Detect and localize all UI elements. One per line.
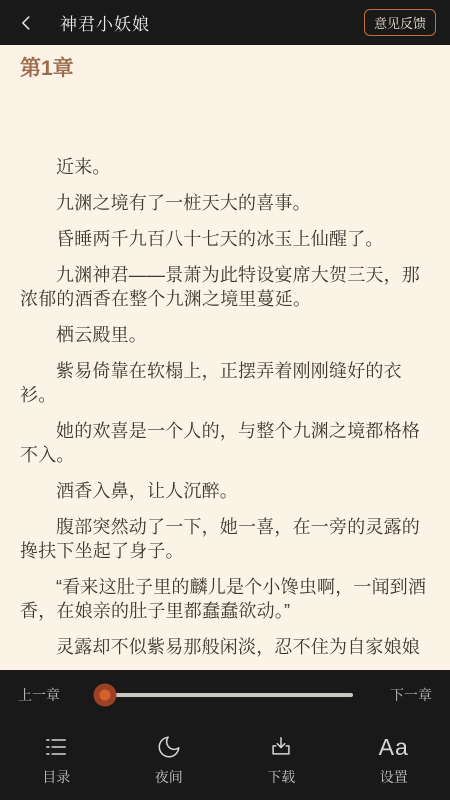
bottom-bar: 上一章 下一章 目录 夜间: [0, 670, 450, 800]
paragraph: 九渊之境有了一桩天大的喜事。: [20, 191, 430, 215]
progress-slider-handle-dot: [100, 690, 111, 701]
toolbar-item-label: 设置: [380, 767, 408, 787]
progress-slider[interactable]: [100, 683, 353, 707]
paragraph: 栖云殿里。: [20, 323, 430, 347]
paragraph: 昏睡两千九百八十七天的冰玉上仙醒了。: [20, 227, 430, 251]
feedback-button[interactable]: 意见反馈: [364, 9, 436, 36]
font-settings-icon: Aa: [379, 734, 409, 760]
download-icon: [268, 734, 294, 760]
paragraph: 九渊神君——景萧为此特设宴席大贺三天，那浓郁的酒香在整个九渊之境里蔓延。: [20, 263, 430, 311]
toolbar-item-catalog[interactable]: 目录: [0, 734, 113, 800]
reader-toolbar: 目录 夜间 下载 Aa 设置: [0, 720, 450, 800]
paragraph: 她的欢喜是一个人的，与整个九渊之境都格格不入。: [20, 419, 430, 467]
paragraph: “看来这肚子里的麟儿是个小馋虫啊，一闻到酒香，在娘亲的肚子里都蠢蠢欲动。”: [20, 575, 430, 623]
paragraph: 酒香入鼻，让人沉醉。: [20, 479, 430, 503]
paragraph: 腹部突然动了一下，她一喜，在一旁的灵露的搀扶下坐起了身子。: [20, 515, 430, 563]
reader-content: 第1章 近来。 九渊之境有了一桩天大的喜事。 昏睡两千九百八十七天的冰玉上仙醒了…: [0, 45, 450, 670]
chapter-body: 近来。 九渊之境有了一桩天大的喜事。 昏睡两千九百八十七天的冰玉上仙醒了。 九渊…: [20, 155, 430, 659]
toolbar-item-label: 下载: [267, 767, 295, 787]
progress-slider-handle[interactable]: [94, 684, 117, 707]
toolbar-item-label: 目录: [42, 767, 70, 787]
toolbar-item-settings[interactable]: Aa 设置: [338, 734, 450, 800]
list-icon: [43, 734, 69, 760]
prev-chapter-button[interactable]: 上一章: [18, 685, 60, 705]
toolbar-item-download[interactable]: 下载: [225, 734, 338, 800]
app-bar: 神君小妖娘 意见反馈: [0, 0, 450, 45]
next-chapter-button[interactable]: 下一章: [390, 685, 432, 705]
back-button[interactable]: [14, 11, 38, 35]
moon-icon: [156, 734, 182, 760]
paragraph: 近来。: [20, 155, 430, 179]
paragraph: 紫易倚靠在软榻上，正摆弄着刚刚缝好的衣衫。: [20, 359, 430, 407]
toolbar-item-night-mode[interactable]: 夜间: [113, 734, 226, 800]
chapter-title: 第1章: [20, 55, 430, 83]
chevron-left-icon: [15, 12, 37, 34]
paragraph: 灵露却不似紫易那般闲淡，忍不住为自家娘娘: [20, 635, 430, 659]
chapter-nav: 上一章 下一章: [0, 670, 450, 720]
toolbar-item-label: 夜间: [155, 767, 183, 787]
progress-slider-track[interactable]: [100, 693, 353, 697]
book-title: 神君小妖娘: [60, 10, 150, 35]
